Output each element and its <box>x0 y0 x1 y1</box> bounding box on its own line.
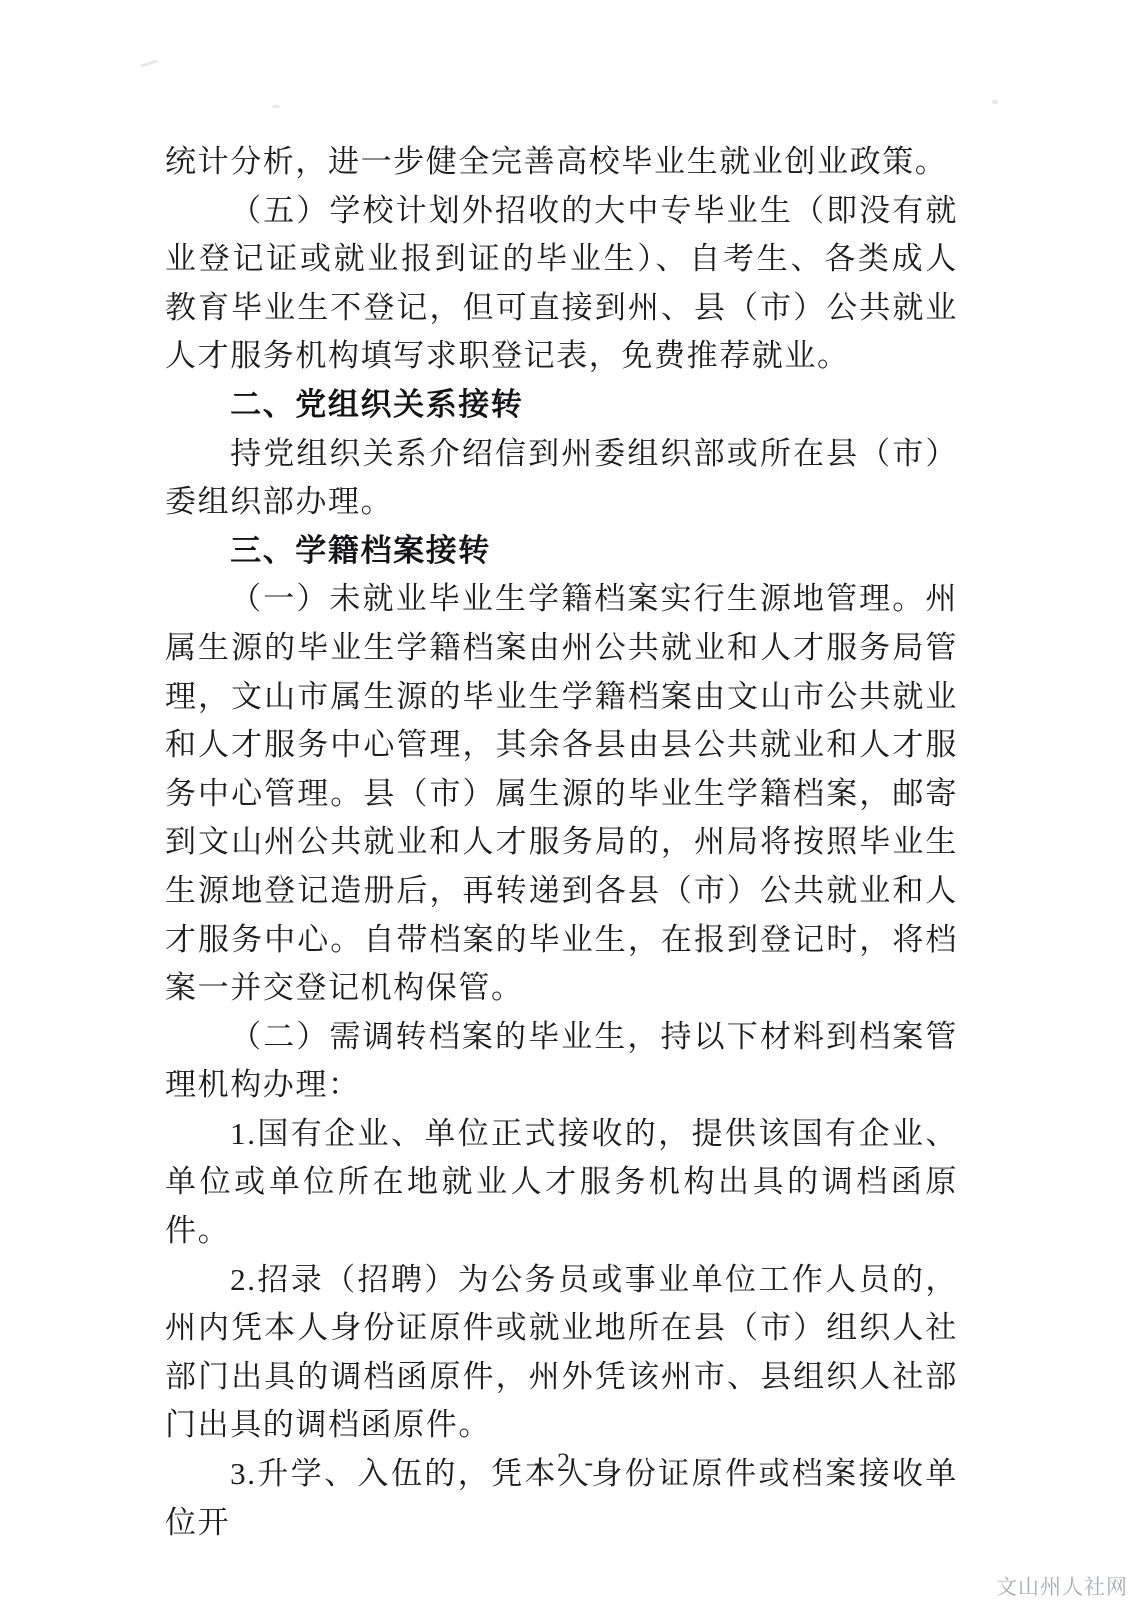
section-heading-3: 三、学籍档案接转 <box>165 527 958 576</box>
body-paragraph-item-5: （五）学校计划外招收的大中专毕业生（即没有就业登记证或就业报到证的毕业生）、自考… <box>165 187 958 381</box>
document-body: 统计分析，进一步健全完善高校毕业生就业创业政策。 （五）学校计划外招收的大中专毕… <box>165 138 958 1547</box>
scanned-document-page: 统计分析，进一步健全完善高校毕业生就业创业政策。 （五）学校计划外招收的大中专毕… <box>0 0 1131 1600</box>
body-paragraph-material-2: 2.招录（招聘）为公务员或事业单位工作人员的，州内凭本人身份证原件或就业地所在县… <box>165 1256 958 1450</box>
scan-artifact <box>272 105 280 108</box>
section-heading-2: 二、党组织关系接转 <box>165 381 958 430</box>
scan-artifact <box>140 59 158 67</box>
body-paragraph-material-1: 1.国有企业、单位正式接收的，提供该国有企业、单位或单位所在地就业人才服务机构出… <box>165 1110 958 1256</box>
body-paragraph-continuation: 统计分析，进一步健全完善高校毕业生就业创业政策。 <box>165 138 958 187</box>
site-watermark: 文山州人社网 <box>996 1571 1128 1600</box>
body-paragraph-archive-1: （一）未就业毕业生学籍档案实行生源地管理。州属生源的毕业生学籍档案由州公共就业和… <box>165 575 958 1012</box>
body-paragraph-archive-2: （二）需调转档案的毕业生，持以下材料到档案管理机构办理： <box>165 1013 958 1110</box>
scan-artifact <box>992 100 998 104</box>
body-paragraph-party-org: 持党组织关系介绍信到州委组织部或所在县（市）委组织部办理。 <box>165 430 958 527</box>
page-number: - 2 - <box>0 1448 1131 1478</box>
